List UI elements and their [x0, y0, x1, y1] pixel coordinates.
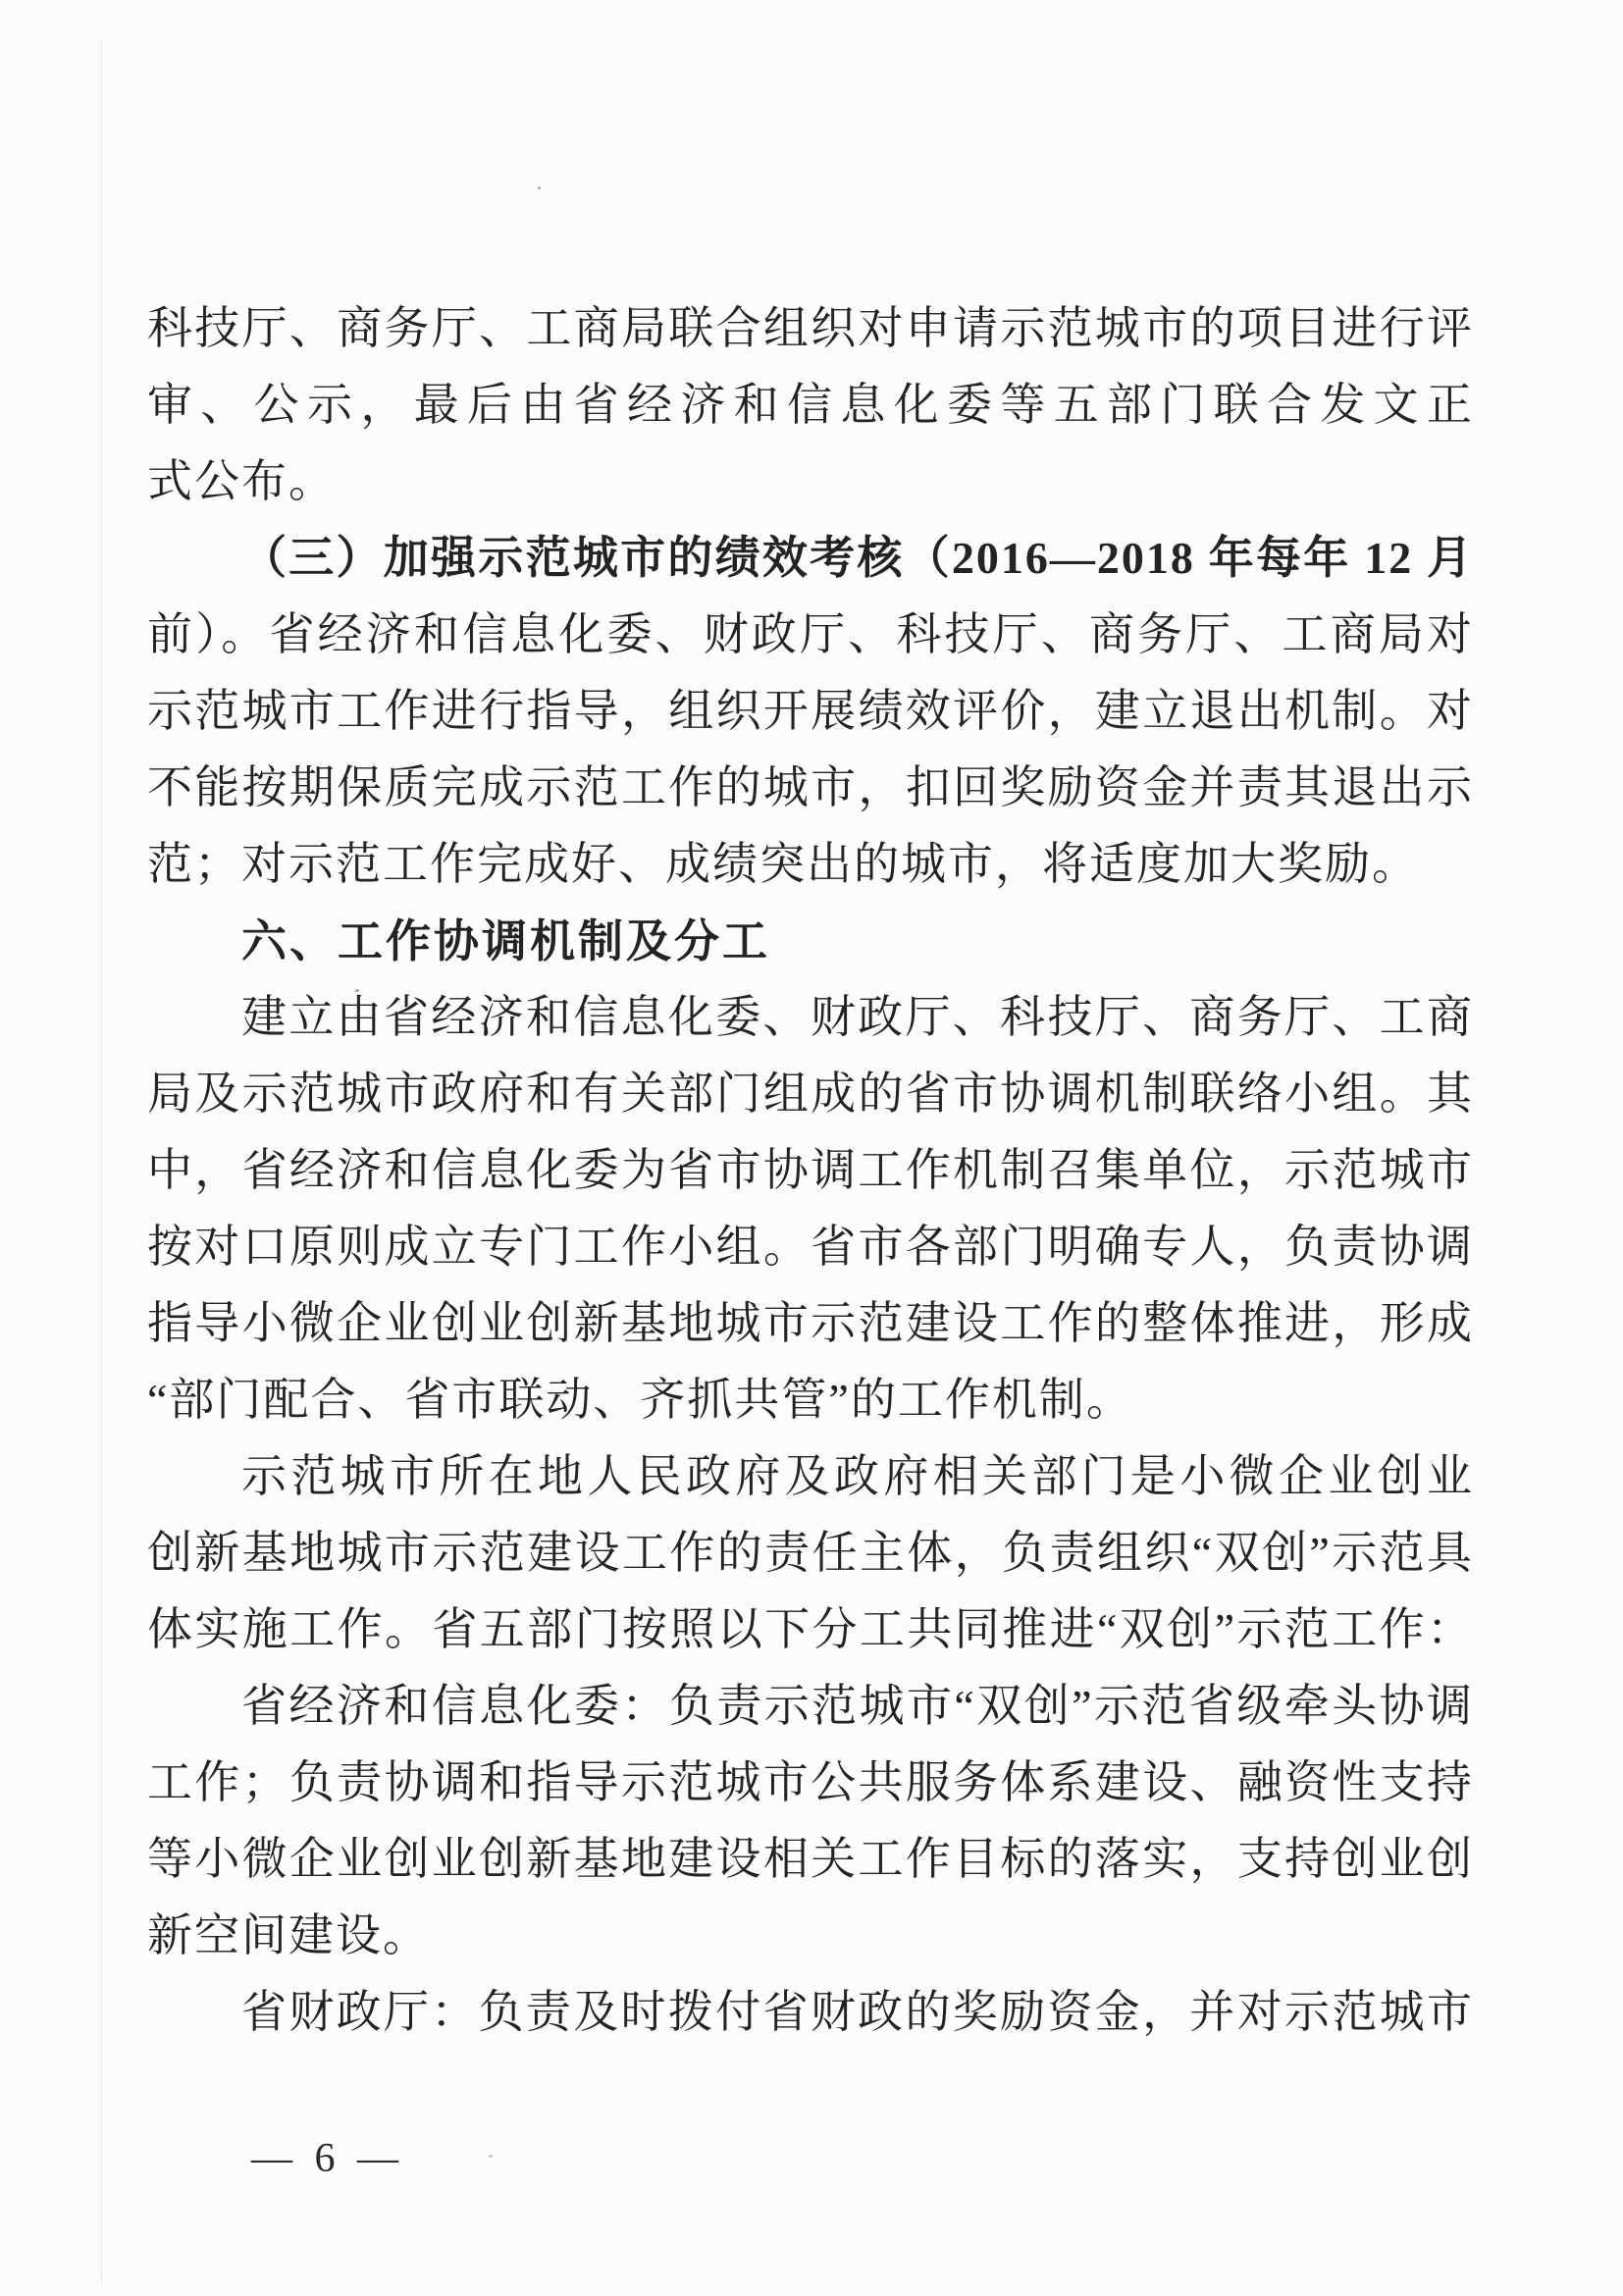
- text-line: 式公布。: [147, 444, 1474, 520]
- text-line: 体实施工作。省五部门按照以下分工共同推进“双创”示范工作：: [147, 1592, 1474, 1668]
- text-line: 创新基地城市示范建设工作的责任主体，负责组织“双创”示范具: [147, 1515, 1474, 1592]
- text-line: 中，省经济和信息化委为省市协调工作机制召集单位，示范城市: [147, 1132, 1474, 1209]
- page-number: — 6 —: [251, 2127, 404, 2190]
- text-line: 局及示范城市政府和有关部门组成的省市协调机制联络小组。其: [147, 1056, 1474, 1132]
- text-line: 新空间建设。: [147, 1898, 1474, 1974]
- document-page: 科技厅、商务厅、工商局联合组织对申请示范城市的项目进行评 审、公示，最后由省经济…: [0, 0, 1623, 2296]
- text-line: 范；对示范工作完成好、成绩突出的城市，将适度加大奖励。: [147, 826, 1474, 903]
- text-line: 省经济和信息化委：负责示范城市“双创”示范省级牵头协调: [147, 1668, 1474, 1745]
- text-line: 示范城市所在地人民政府及政府相关部门是小微企业创业: [147, 1438, 1474, 1515]
- document-body: 科技厅、商务厅、工商局联合组织对申请示范城市的项目进行评 审、公示，最后由省经济…: [147, 290, 1474, 2051]
- text-line: “部门配合、省市联动、齐抓共管”的工作机制。: [147, 1362, 1474, 1438]
- text-line: 示范城市工作进行指导，组织开展绩效评价，建立退出机制。对: [147, 673, 1474, 750]
- text-line: 按对口原则成立专门工作小组。省市各部门明确专人，负责协调: [147, 1209, 1474, 1285]
- scan-speck: [538, 186, 541, 189]
- text-line: 前）。省经济和信息化委、财政厅、科技厅、商务厅、工商局对: [147, 597, 1474, 673]
- text-line: 等小微企业创业创新基地建设相关工作目标的落实，支持创业创: [147, 1821, 1474, 1898]
- scan-edge-line: [101, 39, 102, 2282]
- subsection-heading: （三）加强示范城市的绩效考核（2016—2018 年每年 12 月: [147, 520, 1474, 597]
- text-line: 不能按期保质完成示范工作的城市，扣回奖励资金并责其退出示: [147, 750, 1474, 826]
- section-heading: 六、工作协调机制及分工: [147, 903, 1474, 979]
- text-line: 科技厅、商务厅、工商局联合组织对申请示范城市的项目进行评: [147, 290, 1474, 367]
- text-line: 工作；负责协调和指导示范城市公共服务体系建设、融资性支持: [147, 1745, 1474, 1821]
- text-line: 审、公示，最后由省经济和信息化委等五部门联合发文正: [147, 367, 1474, 444]
- text-line: 省财政厅：负责及时拨付省财政的奖励资金，并对示范城市: [147, 1974, 1474, 2051]
- text-line: 建立由省经济和信息化委、财政厅、科技厅、商务厅、工商: [147, 979, 1474, 1056]
- text-line: 指导小微企业创业创新基地城市示范建设工作的整体推进，形成: [147, 1285, 1474, 1362]
- scan-speck: [489, 2155, 493, 2158]
